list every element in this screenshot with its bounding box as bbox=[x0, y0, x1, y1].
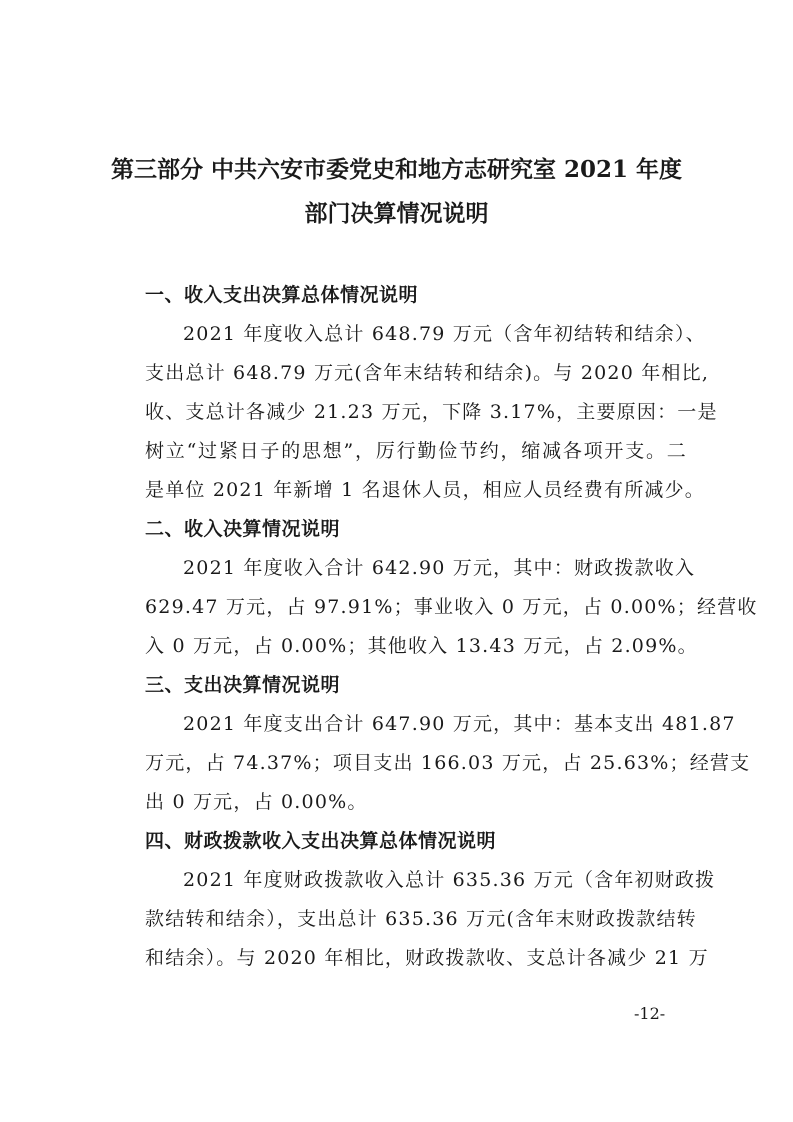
text-line: 入 0 万元，占 0.00%；其他收入 13.43 万元，占 2.09%。 bbox=[107, 627, 687, 666]
section-paragraph-2: 2021 年度收入合计 642.90 万元，其中：财政拨款收入 629.47 万… bbox=[107, 549, 687, 666]
section-paragraph-1: 2021 年度收入总计 648.79 万元（含年初结转和结余）、 支出总计 64… bbox=[107, 315, 687, 510]
document-body: 一、收入支出决算总体情况说明 2021 年度收入总计 648.79 万元（含年初… bbox=[107, 276, 687, 978]
section-heading-1: 一、收入支出决算总体情况说明 bbox=[107, 276, 687, 315]
text-line: 树立“过紧日子的思想”，厉行勤俭节约，缩减各项开支。二 bbox=[107, 432, 687, 471]
text-line: 2021 年度财政拨款收入总计 635.36 万元（含年初财政拨 bbox=[107, 861, 687, 900]
title-line-1: 第三部分 中共六安市委党史和地方志研究室 2021 年度 bbox=[0, 148, 793, 192]
section-heading-4: 四、财政拨款收入支出决算总体情况说明 bbox=[107, 822, 687, 861]
section-paragraph-4: 2021 年度财政拨款收入总计 635.36 万元（含年初财政拨 款结转和结余）… bbox=[107, 861, 687, 978]
text-line: 和结余）。与 2020 年相比，财政拨款收、支总计各减少 21 万 bbox=[107, 939, 687, 978]
text-line: 万元，占 74.37%；项目支出 166.03 万元，占 25.63%；经营支 bbox=[107, 744, 687, 783]
page-number: -12- bbox=[634, 1004, 665, 1023]
text-line: 629.47 万元，占 97.91%；事业收入 0 万元，占 0.00%；经营收 bbox=[107, 588, 687, 627]
section-heading-2: 二、收入决算情况说明 bbox=[107, 510, 687, 549]
text-line: 2021 年度支出合计 647.90 万元，其中：基本支出 481.87 bbox=[107, 705, 687, 744]
section-paragraph-3: 2021 年度支出合计 647.90 万元，其中：基本支出 481.87 万元，… bbox=[107, 705, 687, 822]
text-line: 出 0 万元，占 0.00%。 bbox=[107, 783, 687, 822]
title-line-2: 部门决算情况说明 bbox=[0, 192, 793, 236]
section-heading-3: 三、支出决算情况说明 bbox=[107, 666, 687, 705]
text-line: 收、支总计各减少 21.23 万元，下降 3.17%，主要原因：一是 bbox=[107, 393, 687, 432]
page-title: 第三部分 中共六安市委党史和地方志研究室 2021 年度 部门决算情况说明 bbox=[0, 148, 793, 236]
text-line: 支出总计 648.79 万元(含年末结转和结余)。与 2020 年相比, bbox=[107, 354, 687, 393]
text-line: 2021 年度收入总计 648.79 万元（含年初结转和结余）、 bbox=[107, 315, 687, 354]
text-line: 2021 年度收入合计 642.90 万元，其中：财政拨款收入 bbox=[107, 549, 687, 588]
text-line: 款结转和结余），支出总计 635.36 万元(含年末财政拨款结转 bbox=[107, 900, 687, 939]
text-line: 是单位 2021 年新增 1 名退休人员，相应人员经费有所减少。 bbox=[107, 471, 687, 510]
